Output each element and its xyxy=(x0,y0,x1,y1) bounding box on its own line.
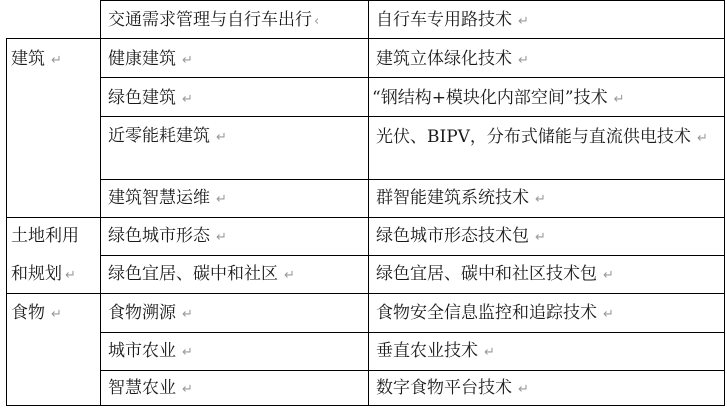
technology-table: 交通需求管理与自行车出行‹ 自行车专用路技术↵ 建筑↵ 健康建筑↵ 建筑立体绿化… xyxy=(0,0,727,409)
sub-text: 绿色建筑 xyxy=(108,88,176,108)
paragraph-mark-icon: ↵ xyxy=(182,345,193,360)
row-divider xyxy=(100,116,725,117)
category-cell: 食物↵ xyxy=(11,302,62,326)
paragraph-mark-icon: ↵ xyxy=(484,345,495,360)
paragraph-mark-icon: ↵ xyxy=(603,307,614,322)
row-divider xyxy=(100,332,725,333)
paragraph-mark-icon: ↵ xyxy=(51,53,62,68)
sub-text: 健康建筑 xyxy=(108,49,176,69)
tech-cell: 绿色城市形态技术包↵ xyxy=(376,225,546,249)
tech-text: 光伏、BIPV，分布式储能与直流供电技术 xyxy=(376,127,691,147)
paragraph-mark-icon: ↵ xyxy=(535,230,546,245)
sub-text: 交通需求管理与自行车出行 xyxy=(108,10,312,30)
row-divider xyxy=(6,405,725,406)
tech-text: 绿色宜居、碳中和社区技术包 xyxy=(376,264,597,284)
col-divider xyxy=(6,38,7,406)
sub-cell: 近零能耗建筑↵ xyxy=(108,125,227,149)
sub-cell: 交通需求管理与自行车出行‹ xyxy=(108,9,319,33)
sub-cell: 建筑智慧运维↵ xyxy=(108,187,227,211)
paragraph-mark-icon: ↵ xyxy=(216,130,227,145)
sub-cell: 智慧农业↵ xyxy=(108,377,193,401)
sub-cell: 绿色城市形态↵ xyxy=(108,225,227,249)
paragraph-mark-icon: ↵ xyxy=(603,268,614,283)
tech-cell: 数字食物平台技术↵ xyxy=(376,377,529,401)
tech-cell: “钢结构+模块化内部空间”技术↵ xyxy=(372,87,625,111)
tech-text: 绿色城市形态技术包 xyxy=(376,226,529,246)
tech-text: 自行车专用路技术 xyxy=(376,10,512,30)
paragraph-mark-icon: ↵ xyxy=(518,382,529,397)
paragraph-mark-icon: ↵ xyxy=(182,53,193,68)
tech-cell: 群智能建筑系统技术↵ xyxy=(376,187,546,211)
tech-cell: 绿色宜居、碳中和社区技术包↵ xyxy=(376,263,614,287)
sub-cell: 健康建筑↵ xyxy=(108,48,193,72)
paragraph-mark-icon: ↵ xyxy=(518,14,529,29)
tech-cell: 自行车专用路技术↵ xyxy=(376,9,529,33)
paragraph-mark-icon: ↵ xyxy=(614,92,625,107)
paragraph-mark-icon: ↵ xyxy=(182,92,193,107)
row-divider xyxy=(100,179,725,180)
row-divider xyxy=(6,217,725,218)
paragraph-mark-icon: ↵ xyxy=(518,53,529,68)
paragraph-mark-icon: ↵ xyxy=(65,268,76,283)
paragraph-mark-icon: ↵ xyxy=(216,192,227,207)
tech-text: “钢结构+模块化内部空间”技术 xyxy=(372,88,608,108)
sub-text: 智慧农业 xyxy=(108,378,176,398)
row-divider xyxy=(100,77,725,78)
paragraph-mark-icon: ↵ xyxy=(535,192,546,207)
category-text: 食物 xyxy=(11,303,45,323)
paragraph-mark-icon: ↵ xyxy=(182,307,193,322)
row-divider xyxy=(6,293,725,294)
row-divider xyxy=(100,255,725,256)
sub-text: 绿色宜居、碳中和社区 xyxy=(108,264,278,284)
tech-text: 群智能建筑系统技术 xyxy=(376,188,529,208)
tech-cell: 垂直农业技术↵ xyxy=(376,340,495,364)
category-cell: 土地利用 xyxy=(11,225,79,247)
sub-cell: 绿色宜居、碳中和社区↵ xyxy=(108,263,295,287)
row-divider xyxy=(6,38,725,39)
paragraph-mark-icon: ↵ xyxy=(284,268,295,283)
tech-cell: 光伏、BIPV，分布式储能与直流供电技术↵ xyxy=(376,124,722,152)
paragraph-mark-icon: ‹ xyxy=(314,14,319,29)
paragraph-mark-icon: ↵ xyxy=(216,230,227,245)
category-cell: 和规划↵ xyxy=(11,263,76,287)
sub-cell: 城市农业↵ xyxy=(108,340,193,364)
row-divider xyxy=(100,370,725,371)
tech-cell: 食物安全信息监控和追踪技术↵ xyxy=(376,302,614,326)
sub-text: 城市农业 xyxy=(108,341,176,361)
row-divider xyxy=(100,0,725,1)
tech-text: 建筑立体绿化技术 xyxy=(376,49,512,69)
col-divider xyxy=(100,0,101,406)
sub-text: 建筑智慧运维 xyxy=(108,188,210,208)
tech-text: 垂直农业技术 xyxy=(376,341,478,361)
tech-text: 食物安全信息监控和追踪技术 xyxy=(376,303,597,323)
tech-cell: 建筑立体绿化技术↵ xyxy=(376,48,529,72)
tech-text: 数字食物平台技术 xyxy=(376,378,512,398)
paragraph-mark-icon: ↵ xyxy=(182,382,193,397)
category-text: 建筑 xyxy=(11,49,45,69)
sub-text: 食物溯源 xyxy=(108,303,176,323)
category-cell: 建筑↵ xyxy=(11,48,62,72)
sub-cell: 食物溯源↵ xyxy=(108,302,193,326)
col-divider xyxy=(724,0,725,406)
sub-text: 绿色城市形态 xyxy=(108,226,210,246)
paragraph-mark-icon: ↵ xyxy=(697,131,708,146)
sub-cell: 绿色建筑↵ xyxy=(108,87,193,111)
category-text: 和规划 xyxy=(11,264,62,284)
sub-text: 近零能耗建筑 xyxy=(108,126,210,146)
category-text: 土地利用 xyxy=(11,226,79,246)
paragraph-mark-icon: ↵ xyxy=(51,307,62,322)
col-divider xyxy=(368,0,369,406)
